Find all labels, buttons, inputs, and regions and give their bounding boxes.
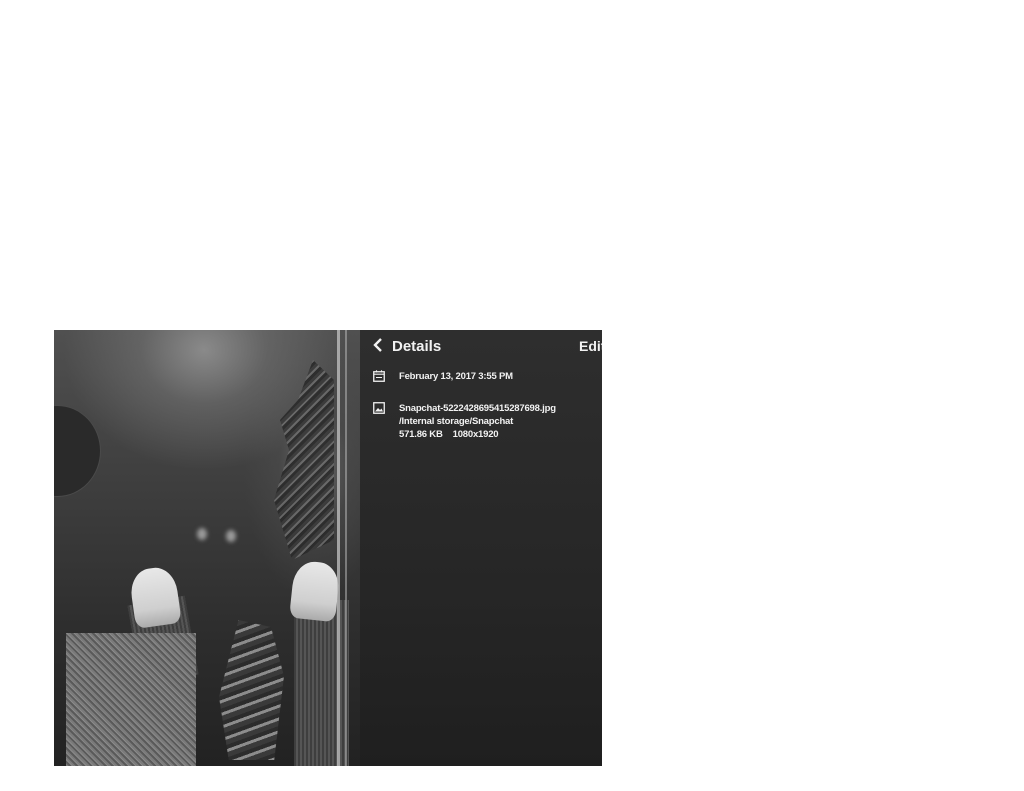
- image-icon: [373, 402, 385, 414]
- photo-left-shoe: [128, 565, 182, 629]
- photo-light: [226, 530, 236, 542]
- file-meta: 571.86 KB1080x1920: [399, 428, 556, 441]
- file-name: Snapchat-5222428695415287698.jpg: [399, 402, 556, 415]
- photo-right-leg: [294, 600, 349, 766]
- file-path: /Internal storage/Snapchat: [399, 415, 556, 428]
- photo-porthole: [54, 405, 101, 497]
- edit-button[interactable]: Edit: [579, 338, 602, 354]
- photo-light: [197, 528, 207, 540]
- details-header: Details Edit: [360, 330, 602, 364]
- chevron-left-icon: [373, 338, 383, 352]
- details-panel: Details Edit February 13, 2017 3:55 PM: [360, 330, 602, 766]
- gallery-screen: Details Edit February 13, 2017 3:55 PM: [54, 330, 602, 766]
- photo-preview[interactable]: [54, 330, 360, 766]
- date-taken: February 13, 2017 3:55 PM: [399, 370, 513, 383]
- file-info: Snapchat-5222428695415287698.jpg /Intern…: [399, 402, 556, 441]
- photo-foliage: [274, 360, 334, 560]
- details-title: Details: [392, 338, 441, 355]
- photo-railing: [337, 330, 340, 766]
- photo-right-shoe: [289, 560, 341, 622]
- photo-rocks: [219, 620, 284, 760]
- calendar-icon: [373, 370, 385, 382]
- back-button[interactable]: [373, 337, 383, 355]
- photo-railing: [345, 330, 347, 766]
- file-resolution: 1080x1920: [453, 429, 499, 440]
- file-size: 571.86 KB: [399, 429, 443, 440]
- photo-jeans: [66, 633, 196, 766]
